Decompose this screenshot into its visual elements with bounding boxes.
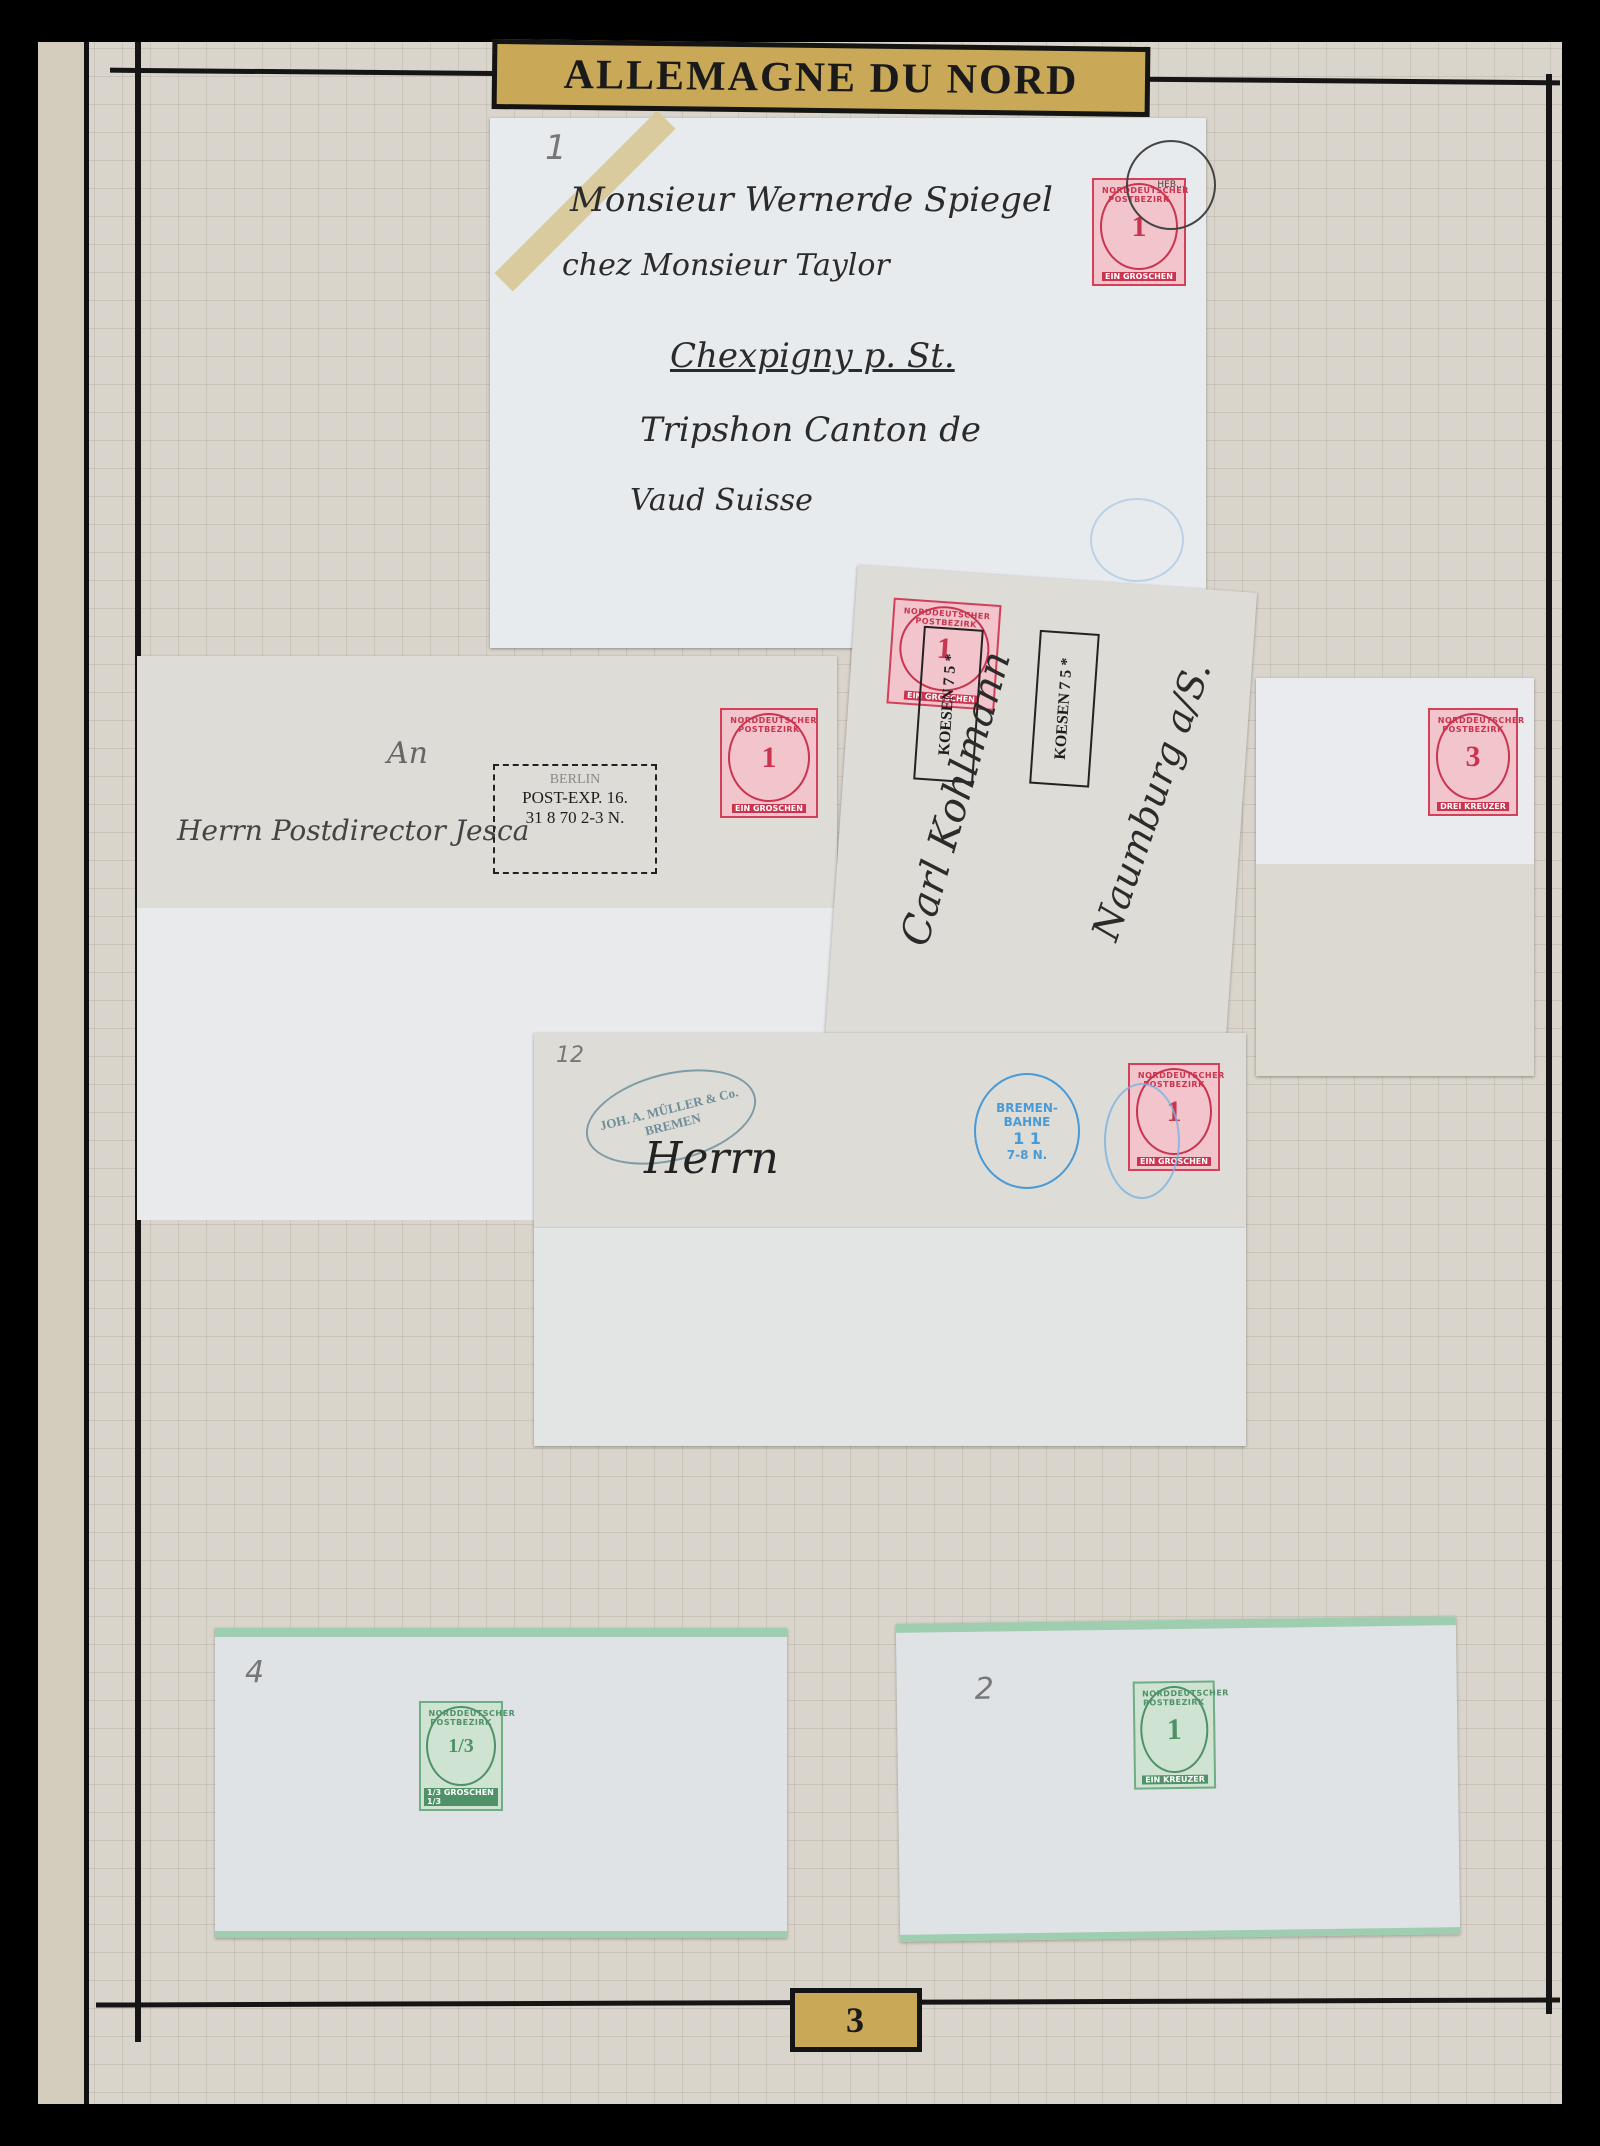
pencil-number: 2: [974, 1672, 994, 1707]
wrapper-1[interactable]: 4 NORDDEUTSCHER POSTBEZIRK1/3 1/3 GROSCH…: [215, 1628, 787, 1938]
address-line: chez Monsieur Taylor: [562, 248, 890, 283]
page-title-plate: ALLEMAGNE DU NORD: [492, 39, 1151, 117]
faint-postmark: [1090, 498, 1184, 582]
postmark-circle: HEB...: [1126, 140, 1216, 230]
album-binding-strip: [38, 42, 89, 2104]
postmark-circle-blue: BREMEN-BAHNE 1 1 7-8 N.: [974, 1073, 1080, 1189]
pencil-number: 1: [545, 128, 567, 168]
address-line: Chexpigny p. St.: [670, 336, 955, 376]
wrapper-2[interactable]: 2 NORDDEUTSCHER POSTBEZIRK1 EIN KREUZER: [896, 1616, 1460, 1942]
postal-stamp: NORDDEUTSCHER POSTBEZIRK1 EIN KREUZER: [1133, 1680, 1216, 1789]
cover-1[interactable]: 1 Monsieur Wernerde Spiegel chez Monsieu…: [490, 118, 1206, 648]
address-line: Tripshon Canton de: [640, 410, 981, 450]
cover-4-lower-fold: [1256, 864, 1534, 1076]
postal-stamp: NORDDEUTSCHER POSTBEZIRK1 EIN GROSCHEN: [720, 708, 818, 818]
postmark-circle-blue-partial: [1104, 1083, 1180, 1199]
frame-line-right: [1546, 74, 1552, 2014]
address-line: An: [387, 736, 428, 771]
address-line: Herrn Postdirector Jesca: [177, 814, 529, 847]
cover-5[interactable]: 12 JOH. A. MÜLLER & Co. BREMEN Herrn BRE…: [534, 1033, 1246, 1228]
cover-4[interactable]: NORDDEUTSCHER POSTBEZIRK3 DREI KREUZER: [1256, 678, 1534, 1076]
postal-stamp: NORDDEUTSCHER POSTBEZIRK3 DREI KREUZER: [1428, 708, 1518, 816]
cover-2[interactable]: An Herrn Postdirector Jesca BERLIN POST-…: [137, 656, 837, 908]
address-line: Monsieur Wernerde Spiegel: [570, 180, 1053, 220]
pencil-number: 12: [556, 1043, 584, 1068]
address-line: Vaud Suisse: [630, 483, 813, 518]
page-title: ALLEMAGNE DU NORD: [563, 51, 1078, 105]
address-line: Herrn: [644, 1133, 779, 1184]
postal-stamp: NORDDEUTSCHER POSTBEZIRK1/3 1/3 GROSCHEN…: [419, 1701, 503, 1811]
page-number: 3: [846, 1999, 866, 2041]
postmark-box: KOESEN 7 5 *: [1029, 630, 1100, 788]
address-line: Naumburg a/S.: [1083, 655, 1220, 945]
cover-5-lower-fold: [534, 1228, 1246, 1446]
page-number-plate: 3: [790, 1988, 922, 2052]
cover-3[interactable]: NORDDEUTSCHER POSTBEZIRK1 EIN GROSCHEN K…: [825, 565, 1257, 1062]
postmark-box: BERLIN POST-EXP. 16. 31 8 70 2-3 N.: [493, 764, 657, 874]
pencil-number: 4: [245, 1655, 264, 1690]
